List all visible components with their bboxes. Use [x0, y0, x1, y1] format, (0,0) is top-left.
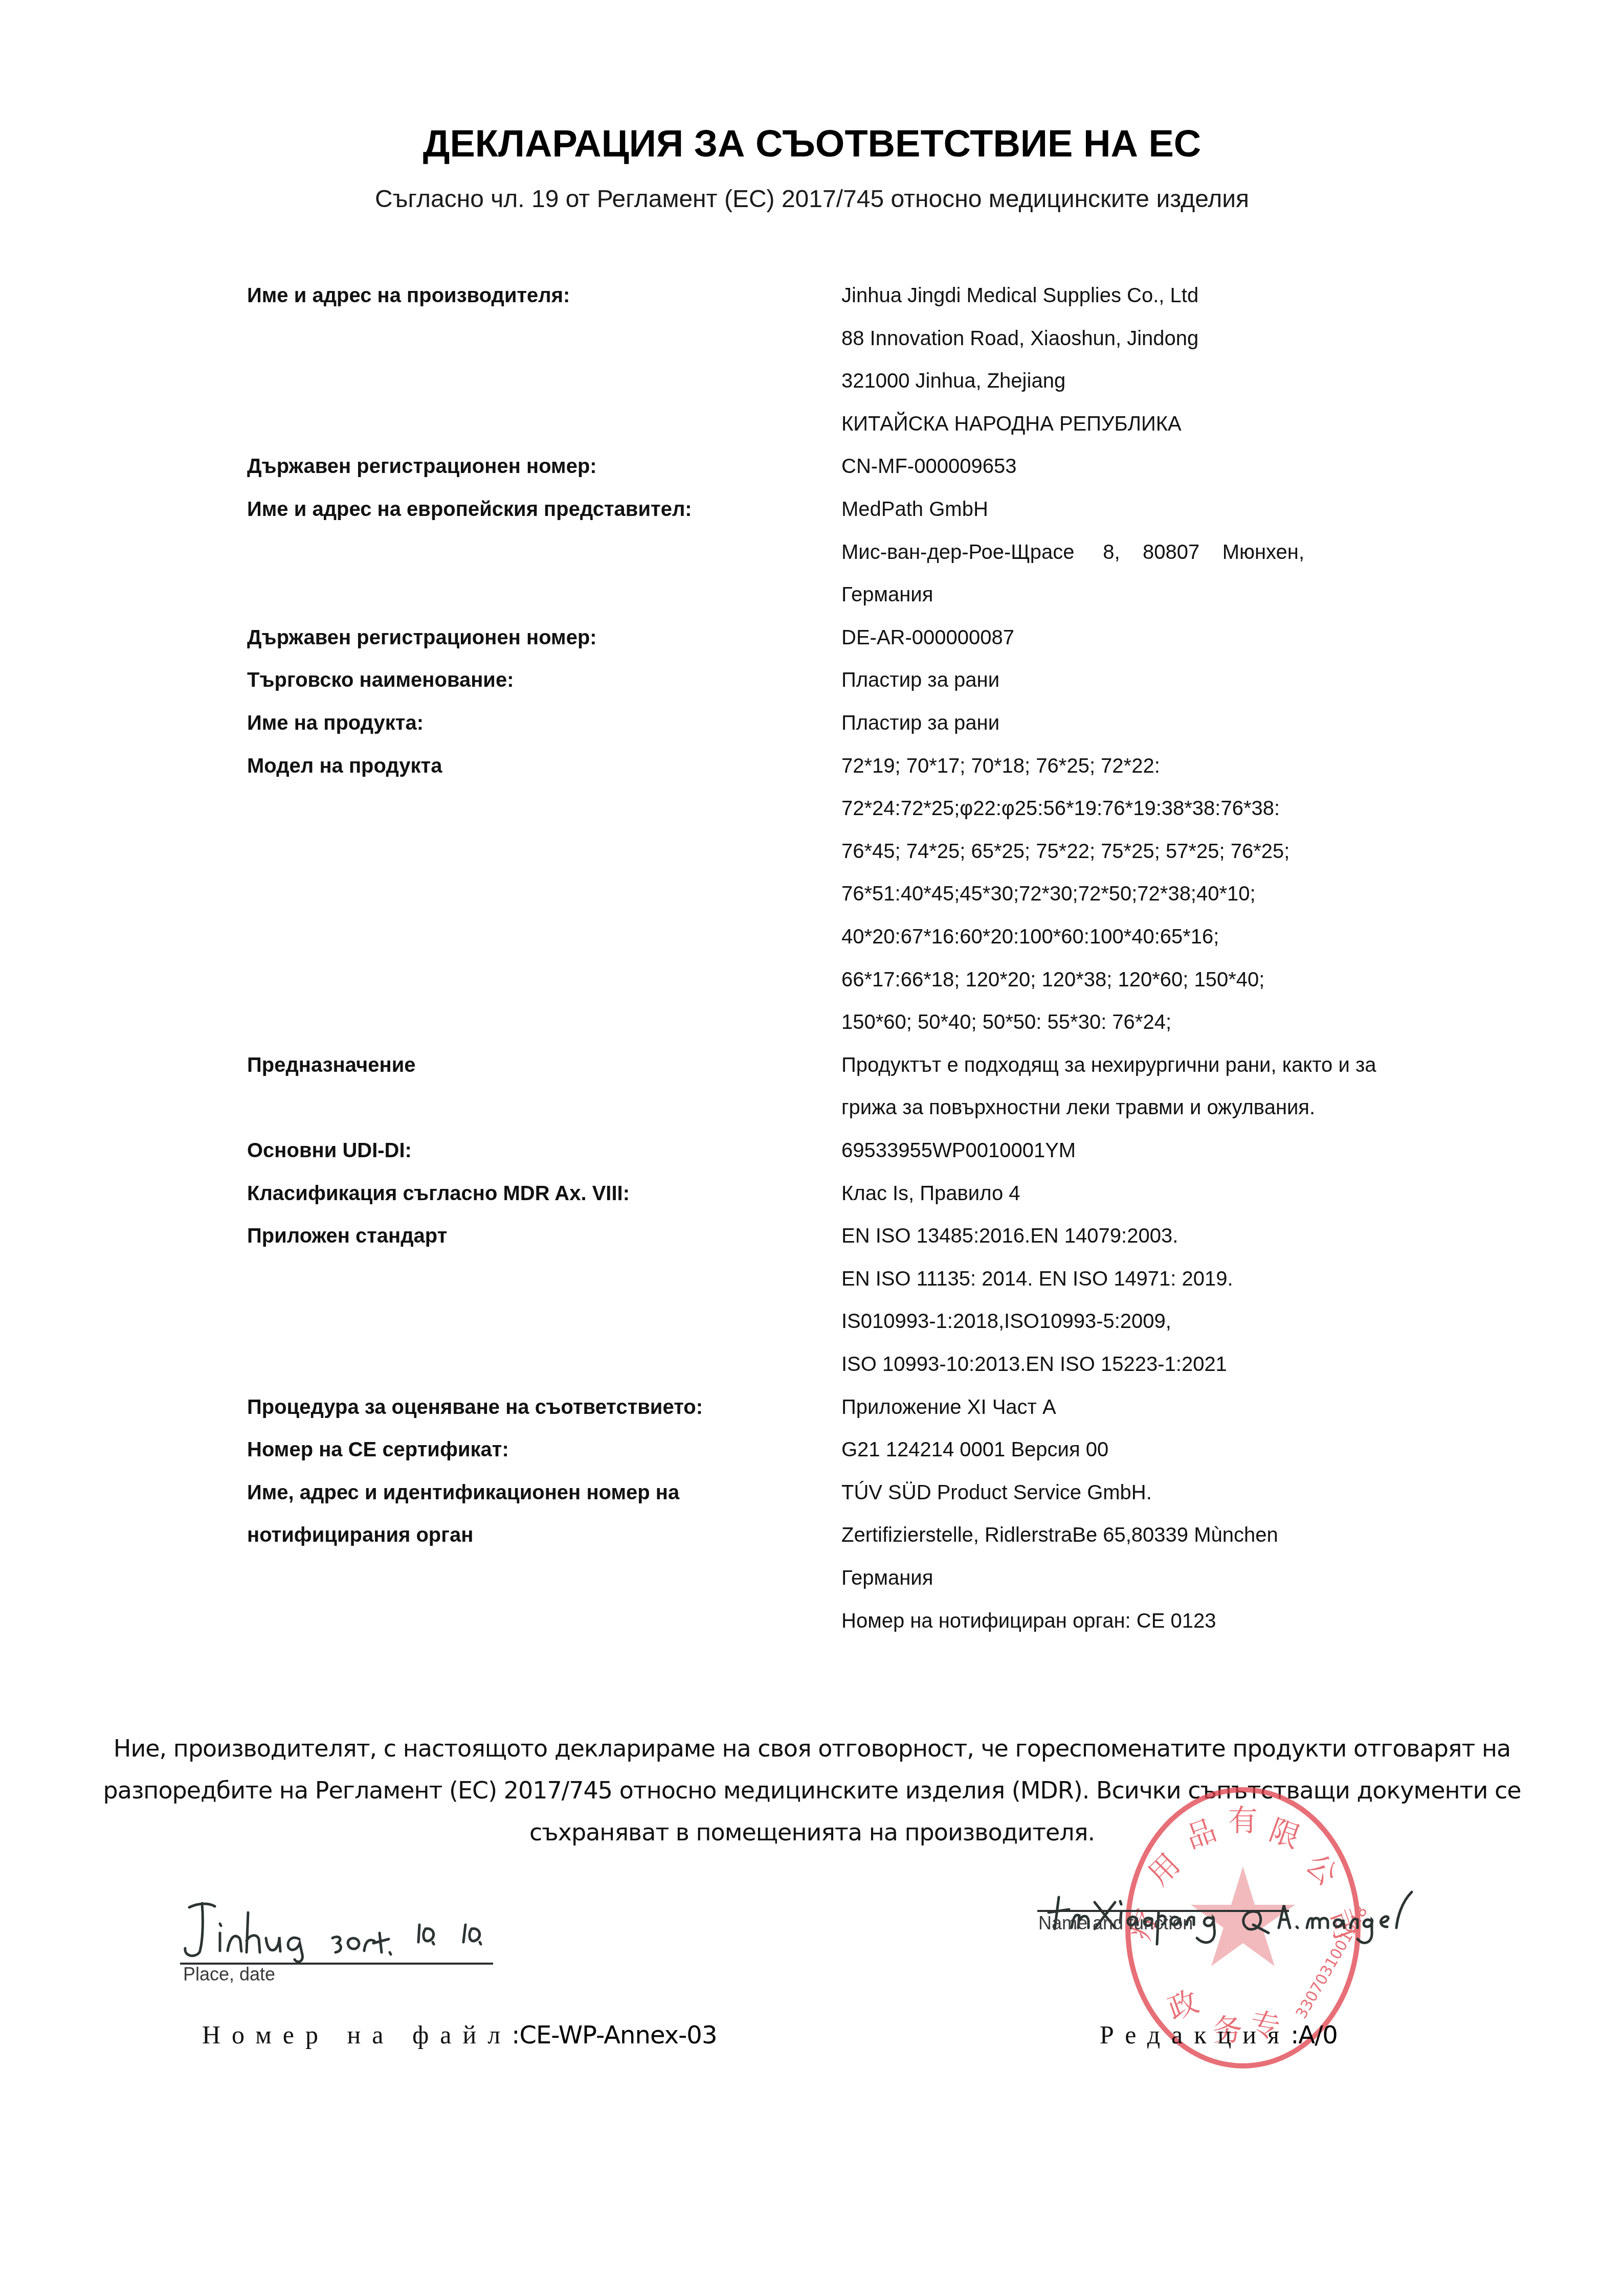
declaration-line: Ние, производителят, с настоящото деклар… [77, 1727, 1547, 1769]
revision-label: Редакция [1100, 2020, 1291, 2049]
table-row: Номер на CE сертификат:G21 124214 0001 В… [0, 1435, 1624, 1478]
row-value: Приложение XI Част A [841, 1393, 1056, 1422]
row-label: Търговско наименование: [247, 666, 514, 694]
row-value: Германия [841, 1564, 933, 1592]
table-row: Държавен регистрационен номер:CN-MF-0000… [0, 452, 1624, 495]
row-label: Приложен стандарт [247, 1222, 447, 1250]
table-row: Име, адрес и идентификационен номер наTÚ… [0, 1478, 1624, 1521]
row-label: Име и адрес на производителя: [247, 281, 570, 310]
row-value: КИТАЙСКА НАРОДНА РЕПУБЛИКА [841, 410, 1182, 438]
table-row: 66*17:66*18; 120*20; 120*38; 120*60; 150… [0, 965, 1624, 1008]
row-value: 76*45; 74*25; 65*25; 75*22; 75*25; 57*25… [841, 837, 1289, 866]
row-value: ISO 10993-10:2013.EN ISO 15223-1:2021 [841, 1350, 1227, 1379]
table-row: 40*20:67*16:60*20:100*60:100*40:65*16; [0, 922, 1624, 965]
row-label: Модел на продукта [247, 752, 442, 780]
row-value: Клас Is, Правило 4 [841, 1179, 1020, 1208]
row-value: CN-MF-000009653 [841, 452, 1016, 481]
table-row: Търговско наименование:Пластир за рани [0, 666, 1624, 709]
row-label: Държавен регистрационен номер: [247, 452, 597, 481]
row-value: Продуктът е подходящ за нехирургични ран… [841, 1051, 1376, 1079]
row-value: 72*19; 70*17; 70*18; 76*25; 72*22: [841, 752, 1160, 780]
document-title: ДЕКЛАРАЦИЯ ЗА СЪОТВЕТСТВИЕ НА ЕС [0, 121, 1624, 167]
row-label: Номер на CE сертификат: [247, 1435, 509, 1464]
row-value: 72*24:72*25;φ22:φ25:56*19:76*19:38*38:76… [841, 794, 1280, 823]
declaration-line: разпоредбите на Регламент (ЕС) 2017/745 … [77, 1769, 1547, 1811]
table-row: Класификация съгласно MDR Ax. VIII:Клас … [0, 1179, 1624, 1222]
revision: Редакция:A/0 [1100, 2020, 1338, 2050]
row-label: Предназначение [247, 1051, 415, 1079]
table-row: Име и адрес на производителя:Jinhua Jing… [0, 281, 1624, 324]
file-number-value: :CE-WP-Annex-03 [511, 2021, 717, 2050]
row-value: Номер на нотифициран орган: CE 0123 [841, 1607, 1216, 1635]
handwriting-signature-icon [179, 1892, 506, 1964]
row-label: Име, адрес и идентификационен номер на [247, 1478, 679, 1507]
row-value: MedPath GmbH [841, 495, 988, 524]
table-row: IS010993-1:2018,ISO10993-5:2009, [0, 1307, 1624, 1350]
row-label: Държавен регистрационен номер: [247, 623, 597, 652]
file-number-label: Номер на файл [202, 2020, 511, 2049]
row-value: 66*17:66*18; 120*20; 120*38; 120*60; 150… [841, 965, 1264, 994]
table-row: ISO 10993-10:2013.EN ISO 15223-1:2021 [0, 1350, 1624, 1393]
row-value: 40*20:67*16:60*20:100*60:100*40:65*16; [841, 922, 1219, 951]
table-row: 88 Innovation Road, Xiaoshun, Jindong [0, 324, 1624, 367]
row-value: G21 124214 0001 Версия 00 [841, 1435, 1108, 1464]
row-value: Jinhua Jingdi Medical Supplies Co., Ltd [841, 281, 1198, 310]
row-value: DE-AR-000000087 [841, 623, 1014, 652]
table-row: Номер на нотифициран орган: CE 0123 [0, 1607, 1624, 1650]
row-value: 76*51:40*45;45*30;72*30;72*50;72*38;40*1… [841, 880, 1256, 908]
name-function-line [1037, 1910, 1289, 1912]
row-value: TÚV SÜD Product Service GmbH. [841, 1478, 1152, 1507]
row-value: Пластир за рани [841, 666, 999, 694]
row-value: 69533955WP0010001YM [841, 1136, 1076, 1165]
row-value: Пластир за рани [841, 709, 999, 737]
row-label: Име и адрес на европейския представител: [247, 495, 692, 524]
file-number: Номер на файл:CE-WP-Annex-03 [202, 2020, 717, 2050]
document-subtitle: Съгласно чл. 19 от Регламент (ЕС) 2017/7… [0, 184, 1624, 215]
table-row: Име и адрес на европейския представител:… [0, 495, 1624, 538]
table-row: Германия [0, 1564, 1624, 1607]
table-row: Основни UDI-DI:69533955WP0010001YM [0, 1136, 1624, 1179]
table-row: Германия [0, 580, 1624, 623]
table-row: Приложен стандартEN ISO 13485:2016.EN 14… [0, 1222, 1624, 1265]
table-row: 150*60; 50*40; 50*50: 55*30: 76*24; [0, 1008, 1624, 1051]
row-value: IS010993-1:2018,ISO10993-5:2009, [841, 1307, 1171, 1336]
table-row: Мис-ван-дер-Рое-Щрасе 8, 80807 Мюнхен, [0, 538, 1624, 581]
name-function-caption: Name and function [1038, 1912, 1193, 1934]
table-row: Име на продукта:Пластир за рани [0, 709, 1624, 752]
row-label: Процедура за оценяване на съответствието… [247, 1393, 703, 1422]
table-row: Процедура за оценяване на съответствието… [0, 1393, 1624, 1436]
row-label: Име на продукта: [247, 709, 424, 737]
table-row: 321000 Jinhua, Zhejiang [0, 367, 1624, 410]
table-row: 76*45; 74*25; 65*25; 75*22; 75*25; 57*25… [0, 837, 1624, 880]
row-value: Zertifizierstelle, RidlerstraBe 65,80339… [841, 1521, 1278, 1549]
revision-value: :A/0 [1291, 2021, 1338, 2050]
row-value: EN ISO 13485:2016.EN 14079:2003. [841, 1222, 1178, 1250]
table-row: Модел на продукта72*19; 70*17; 70*18; 76… [0, 752, 1624, 795]
table-row: EN ISO 11135: 2014. EN ISO 14971: 2019. [0, 1265, 1624, 1308]
row-value: грижа за повърхностни леки травми и ожул… [841, 1093, 1315, 1122]
row-value: Германия [841, 580, 933, 609]
row-value: EN ISO 11135: 2014. EN ISO 14971: 2019. [841, 1265, 1233, 1293]
table-row: ПредназначениеПродуктът е подходящ за не… [0, 1051, 1624, 1094]
row-value: 321000 Jinhua, Zhejiang [841, 367, 1065, 395]
row-value: 150*60; 50*40; 50*50: 55*30: 76*24; [841, 1008, 1171, 1037]
row-label: Класификация съгласно MDR Ax. VIII: [247, 1179, 630, 1208]
table-row: КИТАЙСКА НАРОДНА РЕПУБЛИКА [0, 410, 1624, 453]
table-row: нотифицирания органZertifizierstelle, Ri… [0, 1521, 1624, 1564]
declaration-statement: Ние, производителят, с настоящото деклар… [77, 1727, 1547, 1853]
table-row: грижа за повърхностни леки травми и ожул… [0, 1093, 1624, 1136]
row-label: Основни UDI-DI: [247, 1136, 412, 1165]
row-label: нотифицирания орган [247, 1521, 473, 1549]
row-value: Мис-ван-дер-Рое-Щрасе 8, 80807 Мюнхен, [841, 538, 1304, 567]
declaration-line: съхраняват в помещенията на производител… [77, 1811, 1547, 1853]
place-date-caption: Place, date [183, 1964, 275, 1985]
table-row: 72*24:72*25;φ22:φ25:56*19:76*19:38*38:76… [0, 794, 1624, 837]
table-row: 76*51:40*45;45*30;72*30;72*50;72*38;40*1… [0, 880, 1624, 922]
row-value: 88 Innovation Road, Xiaoshun, Jindong [841, 324, 1198, 353]
table-row: Държавен регистрационен номер:DE-AR-0000… [0, 623, 1624, 666]
